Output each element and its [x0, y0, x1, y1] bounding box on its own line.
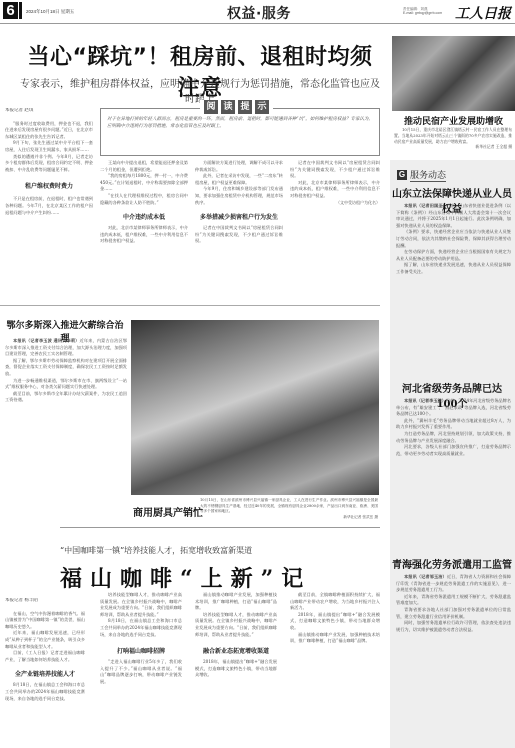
coffee-byline: 本报记者 杨丰陌 [5, 598, 85, 605]
lead-subtitle-1: 租户维权费时费力 [5, 181, 93, 190]
service-paragraph: 近年来，青海省劳务派遣用工规模不断扩大，劳务派遣监管难度加大。 [396, 594, 511, 607]
brief-body: 本报讯（记者李玉波 通讯员李莉）近年来，内蒙古自治区鄂尔多斯市深入推进工资支付综… [5, 338, 127, 503]
caption-text: 10月15日，重庆市北碚区澄江镇缙云村一民宿工作人员在整理布置。当地从2023年… [394, 127, 512, 144]
lead-paragraph: 类似的遭遇并非个例。今年8月，记者走访多个租房群体后发现，租房合同约定不明、押金… [5, 154, 93, 174]
coffee-paragraph: 目前，《工人日报》记者走进福山咖啡产业，了解当地如何培养技能人才。 [5, 650, 85, 663]
lead-paragraph: 对此，北京市某律师事务所律师表示，中介违约成本低，租户维权难，一些中介利用信息不… [100, 225, 188, 245]
tip-char: 示 [255, 100, 269, 114]
service-paragraph: 河北要求，各级人社部门加强宣传推广，打造劳务品牌示范，带动更多劳动者实现高质量就… [396, 444, 511, 457]
reading-tip-title: 阅 读 提 示 [200, 100, 273, 114]
service-title-qinghai: 青海强化劳务派遣用工监管 [392, 556, 512, 571]
brief-paragraph: 为进一步畅通维权渠道，鄂尔多斯市在市、旗两级设立“一站式”维权服务中心，对各类欠… [5, 378, 127, 391]
coffee-kicker: “中国咖啡第一镇”培养技能人才，拓宽增收致富新渠道 [60, 545, 252, 556]
page-number: 6 [3, 2, 18, 19]
service-paragraph: 同时，加强劳务派遣单位行政许可管理，依法查处违法违规行为，切实维护被派遣劳动者合… [396, 620, 511, 633]
lead-column-2: 王某向中介提出退租，希望能退还押金及第二个月的租金，但遭到拒绝。 “我的房租每月… [100, 160, 188, 305]
coffee-subtitle-1: 全产业链培养技能人才 [5, 669, 85, 678]
lead-column-4: 记者在中国裁判文书网以“房屋租赁合同纠纷”为关键词搜索发现，不少租户通过诉讼维权… [290, 160, 380, 305]
lead-subtitle-3: 多举措减少损害租户行为发生 [195, 212, 283, 221]
homestay-photo-title: 推动民宿产业发展助增收 [392, 114, 515, 127]
issue-date: 2024年10月18日 星期五 [26, 9, 74, 15]
brief-paragraph: 截至目前，鄂尔多斯市全年累计办结欠薪案件，为农民工追回工资待遇。 [5, 391, 127, 404]
coffee-paragraph: 福山镇推动咖啡产业发展，加强种植技术培训，推广咖啡种植，打造“福山咖啡”品牌。 [290, 632, 380, 645]
services-header: G 服务动态 [397, 168, 446, 182]
brief-divider [0, 305, 130, 306]
services-label: 服务动态 [410, 168, 446, 182]
coffee-paragraph: 在福山，空气中弥漫着咖啡的香气。福山镇被誉为“中国咖啡第一镇”的美誉，福山咖啡历… [5, 611, 85, 631]
lead-paragraph: “我的房租每月1800元，押一付一，中介费450元。”在计划退租时，中介称需要扣… [100, 173, 188, 193]
factory-photo [131, 320, 379, 495]
service-body-hebei: 本报讯（记者李玉波）日前，2024年河北省级劳务品牌名单公布，有“雄安建工”、“… [396, 398, 511, 536]
coffee-paragraph: 培养技能型咖啡人才，推动咖啡产业高质量发展。在全镇乡村振兴战略中，咖啡产业发展成… [195, 612, 277, 638]
service-dateline: 本报讯（记者李玉波） [404, 398, 446, 403]
editor-info: 责任编辑：刘燕 E-mail: grrbqy@grrb.com [403, 7, 442, 15]
caption-text: 10月15日，在山东省滨州市博兴县兴福镇一家厨具企业，工人在进行生产作业。滨州市… [200, 498, 378, 513]
coffee-headline: 福山咖啡“上新”记 [60, 562, 311, 593]
lead-paragraph: 王某向中介提出退租，希望能退还押金及第二个月的租金，但遭到拒绝。 [100, 160, 188, 173]
coffee-paragraph: 培养技能型咖啡人才，推动咖啡产业高质量发展。在全镇乡村振兴战略中，咖啡产业发展成… [100, 592, 182, 618]
photo-credit: 新华社记者 张武岳 摄 [200, 515, 378, 521]
homestay-photo [392, 36, 515, 111]
brief-dateline: 本报讯（记者李玉波 通讯员李莉） [13, 338, 80, 343]
lead-paragraph: “服务时过度收取费用，押金也不退，我们住进来后发现房屋有很多问题。”近日，在北京… [5, 121, 93, 141]
lead-paragraph: 对此，北京市某律师事务所律师表示，中介违约成本低，租户维权难，一些中介利用信息不… [290, 180, 380, 200]
homestay-caption: 10月15日，重庆市北碚区澄江镇缙云村一民宿工作人员在整理布置。当地从2023年… [394, 127, 512, 163]
lead-subtitle-2: 中介违约成本低 [100, 212, 188, 221]
section-title: 权益·服务 [227, 3, 291, 23]
service-dateline: 本报讯（记者邹玉洁） [404, 574, 447, 579]
lead-column-1: 本报记者 赵琪 “服务时过度收取费用，押金也不退，我们住进来后发现房屋有很多问题… [5, 108, 93, 308]
coffee-paragraph: 福山镇推动咖啡产业发展，加强种植技术培训，推广咖啡种植，打造“福山咖啡”品牌。 [195, 592, 277, 612]
coffee-paragraph: 2018年，福山镇提出“咖啡+”融合发展模式，打造咖啡文旅特色小镇，带动当地群众… [195, 659, 277, 679]
service-body-qinghai: 本报讯（记者邹玉洁）近日，青海省人力资源和社会保障厅印发《青海省进一步规范劳务派… [396, 574, 511, 739]
service-body-shandong: 本报讯（记者田国圣）日前，山东省快递业促进条例（以下简称《条例》）经山东省第十四… [396, 203, 511, 358]
editor-email: E-mail: grrbqy@grrb.com [403, 11, 442, 15]
tip-char: 提 [238, 100, 252, 114]
coffee-paragraph: 2018年，福山镇提出“咖啡+”融合发展模式，打造咖啡文旅特色小镇，带动当地群众… [290, 612, 380, 632]
service-dateline: 本报讯（记者田国圣） [404, 203, 447, 208]
service-paragraph: 据了解，山东省快递业发展迅速，快递从业人员权益保障工作备受关注。 [396, 262, 511, 275]
coffee-column-3: 福山镇推动咖啡产业发展，加强种植技术培训，推广咖啡种植，打造“福山咖啡”品牌。 … [195, 592, 277, 748]
service-paragraph: 《条例》要求，快递经营企业应当依法与快递从业人员签订劳动合同，依法为其缴纳社会保… [396, 229, 511, 249]
coffee-subtitle-3: 融合新业态拓宽增收渠道 [195, 646, 277, 655]
newspaper-logo: 工人日报 [455, 3, 511, 23]
coffee-paragraph: 近年来，福山咖啡发展迅速，已经形成“从种子到杯子”的全产业链条，吸引众多咖啡从业… [5, 630, 85, 650]
coffee-column-4: 截至目前，全镇咖啡种植面积持续扩大，福山咖啡产业带动农户增收，为当地乡村振兴注入… [290, 592, 380, 748]
lead-byline: 本报记者 赵琪 [5, 108, 93, 115]
reading-tip-box: 对于在异地打拼的年轻人群而言，租房是重要的一环。然而，租房前、退租时，都可能遇到… [100, 108, 380, 156]
services-icon: G [397, 170, 407, 180]
coffee-paragraph: 截至目前，全镇咖啡种植面积持续扩大，福山咖啡产业带动农户增收，为当地乡村振兴注入… [290, 592, 380, 612]
service-paragraph: 为打造劳务品牌，河北坚持规划引领，加大政策支持，推动劳务品牌与产业发展深度融合。 [396, 431, 511, 444]
photo-divider [130, 305, 380, 306]
tip-char: 读 [221, 100, 235, 114]
coffee-subtitle-2: 打响福山咖啡招牌 [100, 646, 182, 655]
service-paragraph: 此外，“冀州羊毛”劳务品牌带动当地就业超过8万人，为助力乡村振兴发挥了重要作用。 [396, 418, 511, 431]
photo-feature-caption: 10月15日，在山东省滨州市博兴县兴福镇一家厨具企业，工人在进行生产作业。滨州市… [200, 498, 378, 524]
coffee-paragraph: 8月18日，在福山镇总工会和海口市总工会共同举办的2024年福山咖啡技能竞赛现场… [100, 618, 182, 638]
coffee-paragraph: 8月18日，在福山镇总工会和海口市总工会共同举办的2024年福山咖啡技能竞赛现场… [5, 682, 85, 702]
lead-paragraph: “在找人在代理权维权过程中，租房合同中隐藏的各种条款让人防不胜防。” [100, 193, 188, 206]
coffee-top-divider [60, 527, 380, 528]
lead-paragraph: 记者在中国裁判文书网以“房屋租赁合同纠纷”为关键词搜索发现，不少租户通过诉讼维权… [195, 225, 283, 245]
service-paragraph: 青海省要求各地人社部门加强对劳务派遣单位的日常监管，建立劳务派遣行业信用评价机制… [396, 607, 511, 620]
coffee-column-1: 本报记者 杨丰陌 在福山，空气中弥漫着咖啡的香气。福山镇被誉为“中国咖啡第一镇”… [5, 598, 85, 748]
service-paragraph: 在劳动保护方面，快递经营企业应当根据国家有关规定为从业人员配备必要的劳动防护用品… [396, 249, 511, 262]
lead-column-3: 方面解决方案进行处理，调解不成可以寻求仲裁或诉讼。 此外，记者在采访中发现，一些… [195, 160, 283, 305]
page-number-bar [19, 2, 22, 19]
lead-paragraph: 不只是在租房前，在退租时，租户也常遇到各种问题。今年7月，在北京某区工作的租户因… [5, 196, 93, 216]
coffee-paragraph: “走进入福山咖啡行业5年多了，我们收入提升了不少。”福山咖啡从业者说。“福山”咖… [100, 659, 182, 685]
lead-paragraph: 记者在中国裁判文书网以“房屋租赁合同纠纷”为关键词搜索发现，不少租户通过诉讼维权… [290, 160, 380, 180]
photo-feature-title: 商用厨具产销忙 [133, 504, 203, 519]
lead-paragraph: 9月下旬，张先生通过某中介平台租下一套房屋，入住后发现卫生间漏水，家具损坏…… [5, 140, 93, 153]
source-note: （文中受访租户为化名） [290, 200, 380, 207]
lead-paragraph: 方面解决方案进行处理，调解不成可以寻求仲裁或诉讼。 [195, 160, 283, 173]
tip-char: 阅 [204, 100, 218, 114]
photo-credit: 新华社记者 王全超 摄 [394, 144, 512, 150]
masthead-divider [0, 23, 515, 24]
lead-paragraph: 今年9月，住房和城乡建设部等部门发布通知，要求加强住房租赁中介机构管理，规范市场… [195, 186, 283, 206]
brief-paragraph: 据了解，鄂尔多斯市劳动保障监察机构对在建项目开展全面排查，督促企业落实工资支付保… [5, 358, 127, 378]
lead-paragraph: 此外，记者在采访中发现，一些“二房东”转租房屋，租户权益更难保障。 [195, 173, 283, 186]
coffee-column-2: 培养技能型咖啡人才，推动咖啡产业高质量发展。在全镇乡村振兴战略中，咖啡产业发展成… [100, 592, 182, 748]
